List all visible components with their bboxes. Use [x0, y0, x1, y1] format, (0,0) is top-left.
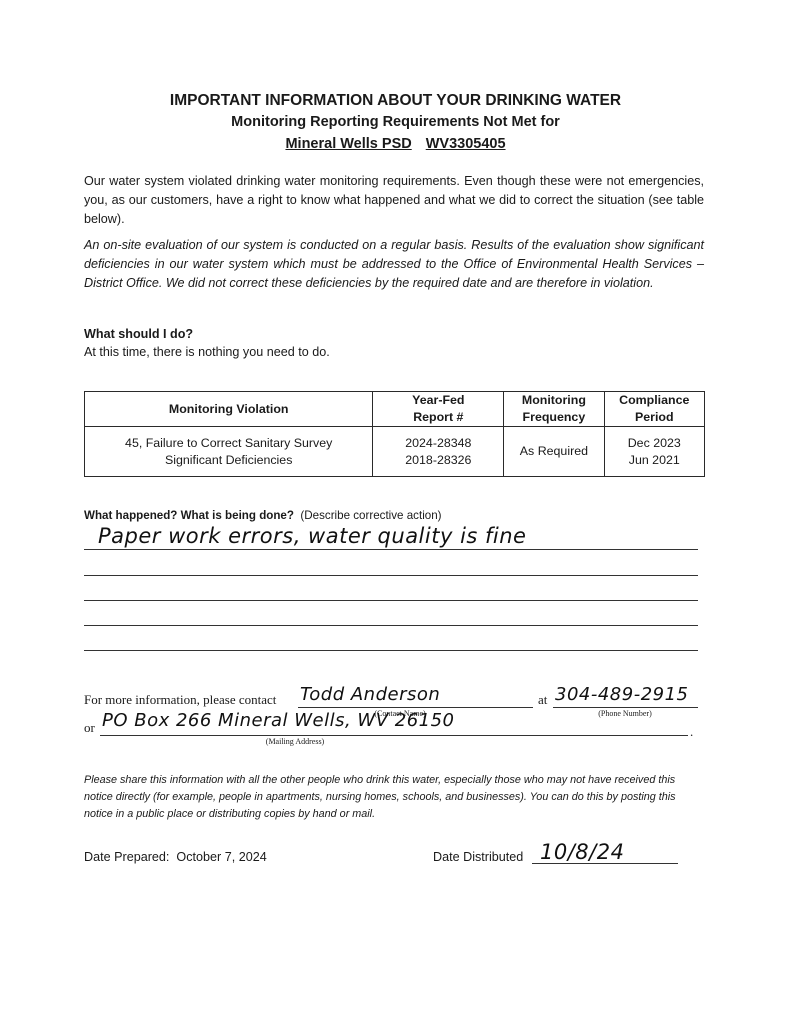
evaluation-paragraph: An on-site evaluation of our system is c… [84, 236, 704, 293]
corrective-action-question: What happened? What is being done? [84, 509, 294, 522]
phone-field [553, 707, 698, 708]
corrective-line-5 [84, 650, 698, 651]
header-report-number: Year-Fed Report # [373, 392, 504, 427]
violation-table: Monitoring Violation Year-Fed Report # M… [84, 391, 705, 477]
table-header-row: Monitoring Violation Year-Fed Report # M… [85, 392, 705, 427]
address-field [100, 735, 688, 736]
address-end-period: . [690, 724, 693, 740]
system-id: WV3305405 [426, 136, 506, 152]
system-name: Mineral Wells PSD [285, 136, 411, 152]
date-prepared: Date Prepared: October 7, 2024 [84, 850, 267, 864]
corrective-line-3 [84, 600, 698, 601]
corrective-line-1 [84, 549, 698, 550]
notice-subtitle: Monitoring Reporting Requirements Not Me… [0, 114, 791, 130]
date-distributed-field [532, 863, 678, 864]
contact-name-handwritten: Todd Anderson [300, 684, 440, 705]
corrective-line-4 [84, 625, 698, 626]
what-should-i-do-heading: What should I do? [84, 327, 193, 341]
corrective-action-label: What happened? What is being done? (Desc… [84, 509, 442, 522]
or-label: or [84, 720, 95, 736]
phone-handwritten: 304-489-2915 [555, 684, 689, 705]
date-distributed-handwritten: 10/8/24 [540, 840, 624, 864]
address-caption: (Mailing Address) [235, 737, 355, 746]
corrective-action-handwritten: Paper work errors, water quality is fine [98, 524, 526, 548]
intro-paragraph: Our water system violated drinking water… [84, 172, 704, 229]
header-monitoring-frequency: Monitoring Frequency [504, 392, 604, 427]
header-monitoring-violation: Monitoring Violation [85, 392, 373, 427]
what-should-i-do-text: At this time, there is nothing you need … [84, 345, 330, 359]
at-label: at [538, 692, 547, 708]
contact-prefix: For more information, please contact [84, 692, 276, 708]
date-prepared-label: Date Prepared: [84, 850, 169, 864]
corrective-action-note: (Describe corrective action) [300, 509, 441, 522]
date-prepared-value: October 7, 2024 [176, 850, 266, 864]
table-row: 45, Failure to Correct Sanitary Survey S… [85, 427, 705, 477]
cell-period: Dec 2023 Jun 2021 [604, 427, 704, 477]
corrective-line-2 [84, 575, 698, 576]
header-compliance-period: Compliance Period [604, 392, 704, 427]
phone-caption: (Phone Number) [575, 709, 675, 718]
cell-report-numbers: 2024-28348 2018-28326 [373, 427, 504, 477]
cell-violation: 45, Failure to Correct Sanitary Survey S… [85, 427, 373, 477]
system-heading: Mineral Wells PSDWV3305405 [0, 136, 791, 152]
share-notice: Please share this information with all t… [84, 772, 704, 823]
address-handwritten: PO Box 266 Mineral Wells, WV 26150 [102, 710, 455, 731]
notice-title: IMPORTANT INFORMATION ABOUT YOUR DRINKIN… [0, 92, 791, 110]
date-distributed-label: Date Distributed [433, 850, 523, 864]
cell-frequency: As Required [504, 427, 604, 477]
contact-name-field [298, 707, 533, 708]
